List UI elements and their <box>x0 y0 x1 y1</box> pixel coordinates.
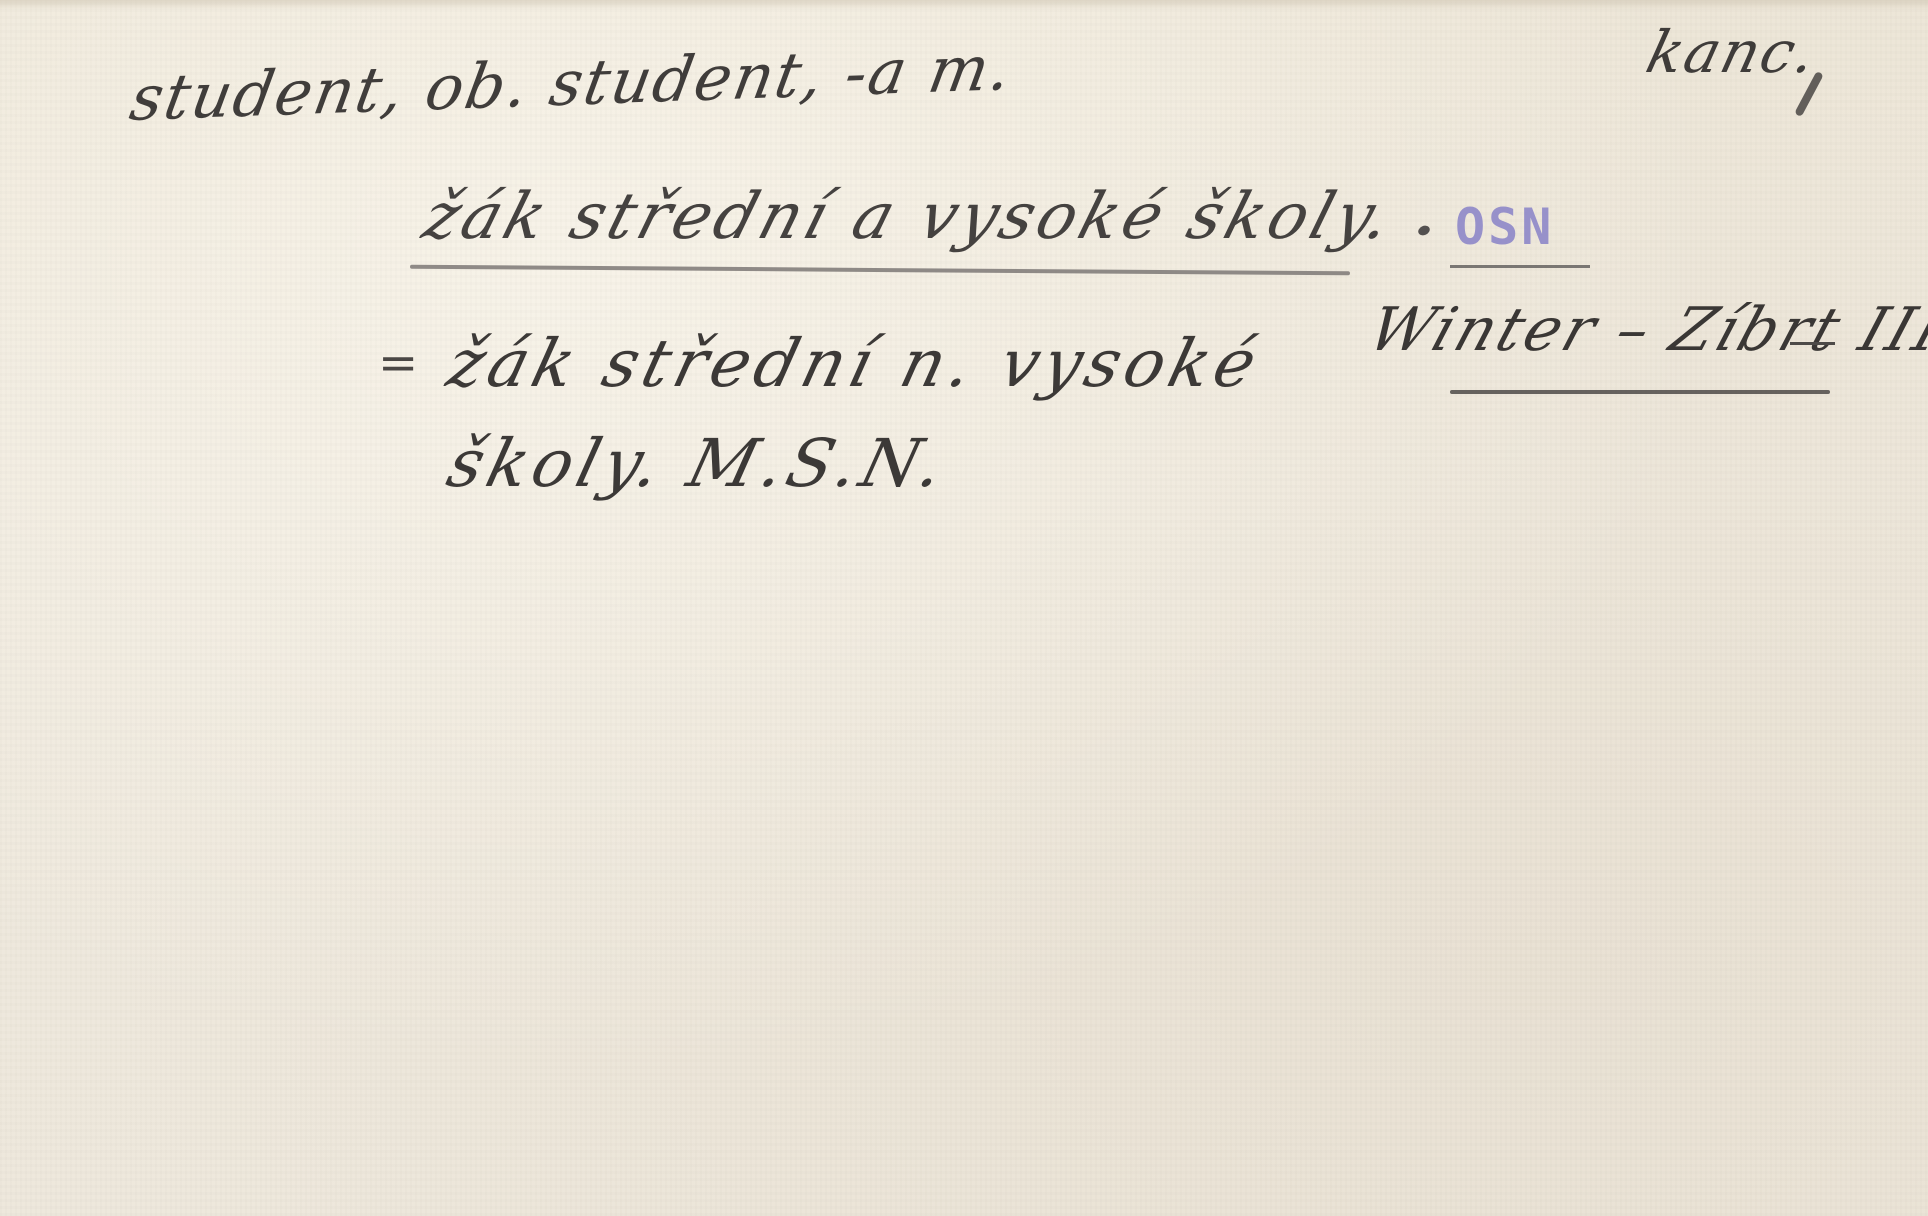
stamp-underline <box>1450 265 1590 268</box>
equals-sign: = <box>378 335 420 391</box>
volume-overline <box>1790 342 1835 345</box>
synonym-line-2: školy. M.S.N. <box>440 425 956 502</box>
source-underline <box>1450 390 1830 394</box>
card-top-edge <box>0 0 1928 10</box>
definition: žák střední a vysoké školy. <box>415 180 1403 254</box>
stamp-dot <box>1417 224 1432 237</box>
definition-underline <box>410 265 1350 276</box>
usage-label: kanc. <box>1640 18 1825 86</box>
index-card: student, ob. student, -a m. kanc. žák st… <box>0 0 1928 1216</box>
headword: student, ob. student, -a m. <box>125 31 1019 135</box>
synonym-line-1: žák střední n. vysoké <box>440 325 1269 402</box>
osn-stamp: OSN <box>1455 198 1554 256</box>
source-reference: Winter – Zíbrt III <box>1360 295 1928 365</box>
